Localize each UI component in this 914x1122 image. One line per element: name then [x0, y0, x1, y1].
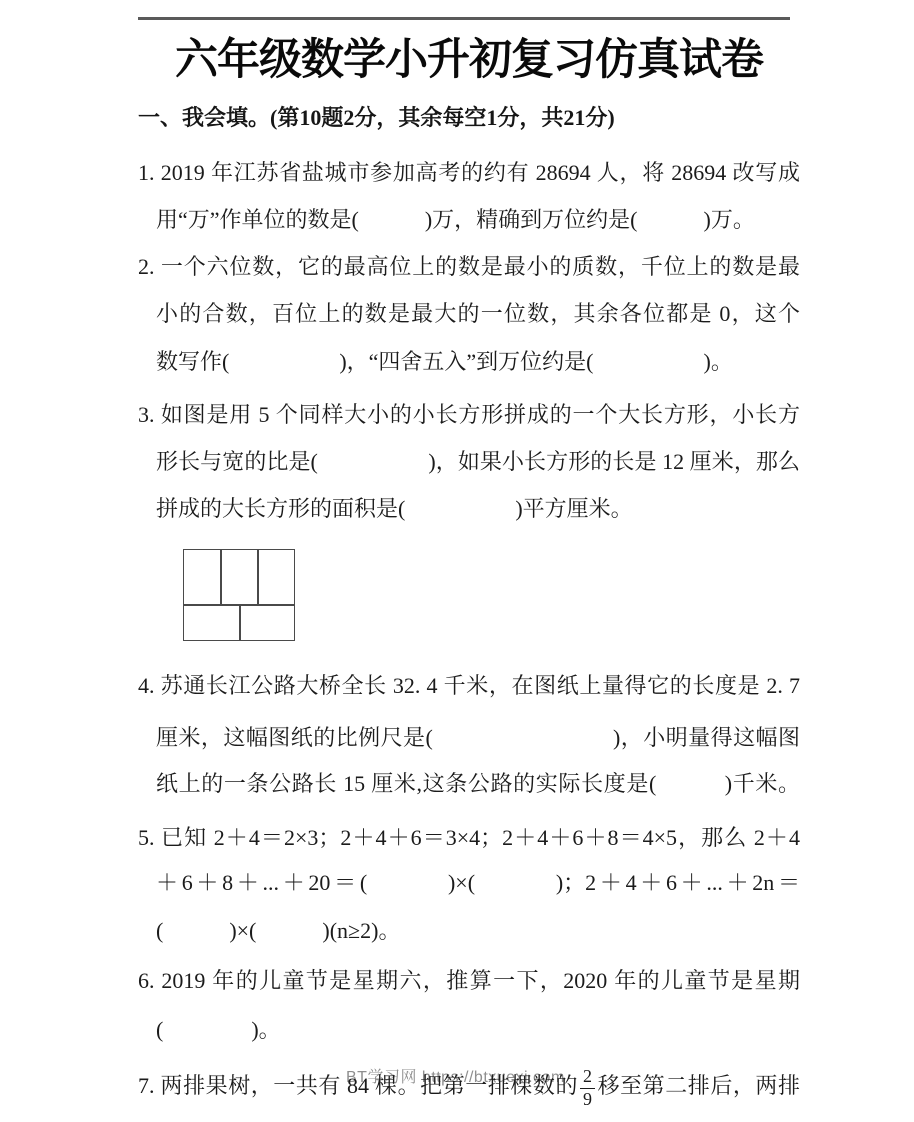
question-2-line-2: 小的合数，百位上的数是最大的一位数，其余各位都是 0，这个 — [156, 299, 800, 329]
question-4-line-3: 纸上的一条公路长 15 厘米,这条公路的实际长度是( )千米。 — [156, 769, 800, 799]
question-7-text-before: 7. 两排果树，一共有 84 棵。把第一排棵数的 — [138, 1073, 578, 1098]
question-6-line-2: ( )。 — [156, 1015, 281, 1045]
question-7-line-1: 7. 两排果树，一共有 84 棵。把第一排棵数的29移至第二排后，两排 — [138, 1066, 800, 1110]
fraction-two-ninths: 29 — [580, 1066, 595, 1110]
fraction-denominator: 9 — [580, 1089, 595, 1111]
question-5-line-3: ( )×( )(n≥2)。 — [156, 916, 400, 946]
figure-divider-vertical-3 — [239, 606, 241, 641]
question-4-line-1: 4. 苏通长江公路大桥全长 32. 4 千米，在图纸上量得它的长度是 2. 7 — [138, 671, 800, 701]
fraction-numerator: 2 — [580, 1066, 595, 1089]
top-rule — [138, 17, 790, 20]
question-5-line-2: ＋6＋8＋...＋20＝( )×( )；2＋4＋6＋...＋2n＝ — [156, 868, 800, 898]
question-1-line-2: 用“万”作单位的数是( )万，精确到万位约是( )万。 — [156, 205, 755, 235]
question-6-line-1: 6. 2019 年的儿童节是星期六，推算一下，2020 年的儿童节是星期 — [138, 966, 800, 996]
question-4-line-2: 厘米，这幅图纸的比例尺是( )，小明量得这幅图 — [156, 723, 800, 753]
question-3-line-3: 拼成的大长方形的面积是( )平方厘米。 — [156, 494, 633, 524]
question-2-line-1: 2. 一个六位数，它的最高位上的数是最小的质数，千位上的数是最 — [138, 252, 800, 282]
question-5-line-1: 5. 已知 2＋4＝2×3；2＋4＋6＝3×4；2＋4＋6＋8＝4×5，那么 2… — [138, 823, 800, 853]
question-7-text-after: 移至第二排后，两排 — [597, 1073, 800, 1098]
question-3-line-1: 3. 如图是用 5 个同样大小的小长方形拼成的一个大长方形，小长方 — [138, 400, 800, 430]
question-3-line-2: 形长与宽的比是( )，如果小长方形的长是 12 厘米，那么 — [156, 447, 800, 477]
section-heading: 一、我会填。(第10题2分，其余每空1分，共21分) — [138, 103, 615, 133]
five-rectangles-figure — [183, 549, 295, 641]
page-title: 六年级数学小升初复习仿真试卷 — [138, 34, 800, 86]
figure-divider-vertical-1 — [220, 550, 222, 604]
exam-page: 六年级数学小升初复习仿真试卷 一、我会填。(第10题2分，其余每空1分，共21分… — [0, 0, 914, 1122]
figure-divider-vertical-2 — [257, 550, 259, 604]
question-2-line-3: 数写作( )，“四舍五入”到万位约是( )。 — [156, 347, 733, 377]
question-1-line-1: 1. 2019 年江苏省盐城市参加高考的约有 28694 人，将 28694 改… — [138, 158, 800, 188]
